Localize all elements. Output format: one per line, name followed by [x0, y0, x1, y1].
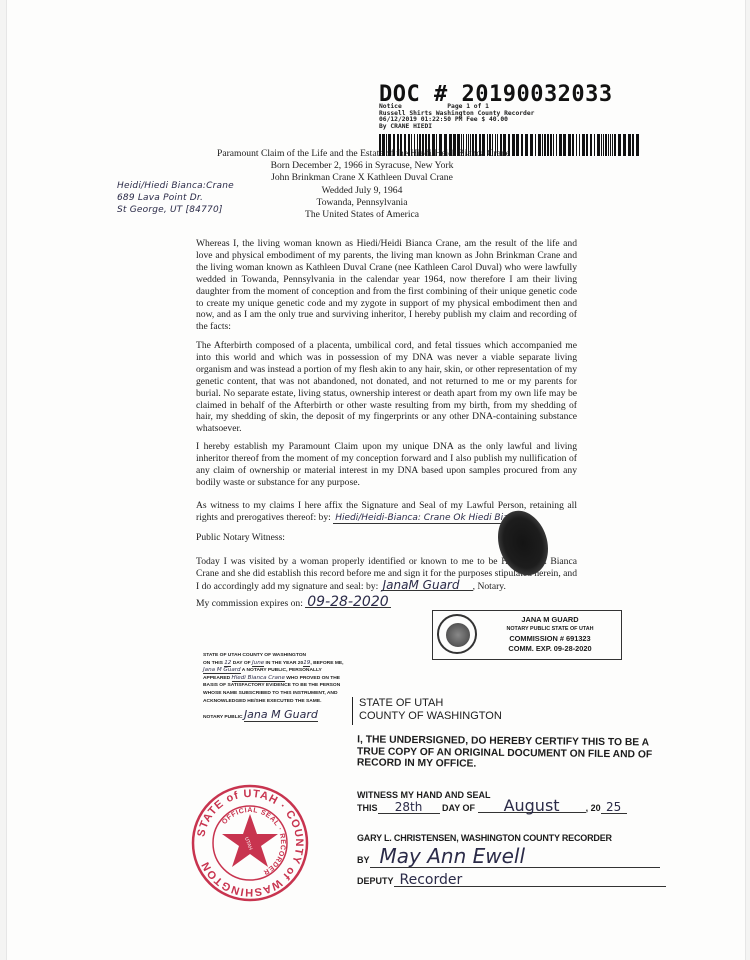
notary-stamp: JANA M GUARD NOTARY PUBLIC STATE OF UTAH… [432, 610, 622, 660]
barcode-bar [610, 134, 611, 156]
paragraph-claim: I hereby establish my Paramount Claim up… [196, 441, 577, 489]
wedding-place-line: Towanda, Pennsylvania [227, 197, 497, 209]
ack-day: 12 [224, 660, 231, 667]
cert-deputy-value: Recorder [394, 874, 666, 887]
cert-deputy-line: DEPUTYRecorder [357, 872, 667, 890]
paragraph-whereas: Whereas I, the living woman known as Hie… [196, 238, 577, 333]
cert-state: STATE OF UTAH [359, 697, 502, 710]
barcode-bar [636, 134, 639, 156]
commission-date: 09-28-2020 [305, 597, 390, 608]
barcode-bar [623, 134, 626, 156]
cert-by-label: BY [357, 855, 370, 865]
title-block: Paramount Claim of the Life and the Esta… [227, 148, 497, 221]
address-street: 689 Lava Point Dr. [117, 192, 234, 204]
barcode-bar [563, 134, 566, 156]
barcode-bar [594, 134, 595, 156]
ack-day-of: DAY OF [233, 661, 251, 666]
ack-month: June [252, 660, 264, 667]
birth-line: Born December 2, 1966 in Syracuse, New Y… [227, 160, 497, 172]
ack-notary-role: A NOTARY PUBLIC, PERSONALLY [242, 668, 322, 673]
ack-appeared: APPEARED [203, 676, 230, 681]
cert-this-label: THIS [357, 803, 378, 813]
recording-stamp-details: Notice Page 1 of 1 Russell Shirts Washin… [379, 104, 534, 130]
recorded-by: By CRANE HIEDI [379, 123, 432, 130]
notary-commission: COMMISSION # 691323 [483, 634, 617, 644]
paragraph-afterbirth: The Afterbirth composed of a placenta, u… [196, 340, 577, 435]
ack-signature-line: NOTARY PUBLIC Jana M Guard [203, 708, 318, 721]
country-line: The United States of America [227, 209, 497, 221]
claimant-signature: Hiedi/Heidi-Bianca: Crane Ok Hiedi Bianc… [333, 513, 527, 524]
cert-jurisdiction: STATE OF UTAH COUNTY OF WASHINGTON [359, 697, 502, 723]
notary-name: JANA M GUARD [483, 615, 617, 625]
bracket-divider [352, 697, 356, 725]
document-page: DOC # 20190032033 Notice Page 1 of 1 Rus… [6, 0, 746, 960]
cert-witness: WITNESS MY HAND AND SEAL [357, 790, 491, 800]
ack-on-this: ON THIS [203, 661, 223, 666]
barcode-bar [603, 134, 604, 156]
barcode-bar [608, 134, 609, 156]
barcode-bar [614, 134, 616, 156]
cert-year-prefix: , 20 [586, 803, 601, 813]
address-city: St George, UT [84770] [117, 204, 234, 216]
barcode-bar [568, 134, 571, 156]
ack-appeared-name: Hiedi Bianca Crane [232, 675, 285, 682]
notary-expiry: COMM. EXP. 09-28-2020 [483, 644, 617, 654]
barcode-bar [590, 134, 592, 156]
barcode-bar [576, 134, 577, 156]
handwritten-address: Heidi/Hiedi Bianca:Crane 689 Lava Point … [117, 180, 234, 216]
barcode-bar [618, 134, 621, 156]
ack-appeared-line: APPEARED Hiedi Bianca Crane WHO PROVED O… [203, 675, 351, 705]
cert-statement: I, THE UNDERSIGNED, DO HEREBY CERTIFY TH… [357, 734, 667, 772]
ack-date-line: ON THIS 12 DAY OF June IN THE YEAR 2019,… [203, 660, 351, 668]
cert-date-line: THIS28th DAY OF August, 2025 [357, 800, 667, 815]
parents-line: John Brinkman Crane X Kathleen Duval Cra… [227, 172, 497, 184]
barcode-bar [605, 134, 607, 156]
barcode-bar [579, 134, 580, 156]
cert-by-line: BYMay Ann Ewell [357, 845, 669, 874]
notary-stamp-text: JANA M GUARD NOTARY PUBLIC STATE OF UTAH… [483, 615, 617, 653]
cert-county: COUNTY OF WASHINGTON [359, 710, 502, 723]
ack-before-me: , BEFORE ME, [310, 661, 343, 666]
cert-month: August [478, 800, 586, 813]
barcode-bar [601, 134, 602, 156]
cert-recorder: GARY L. CHRISTENSEN, WASHINGTON COUNTY R… [357, 833, 612, 843]
county-recorder-seal-icon: STATE of UTAH · COUNTY of WASHINGTON OFF… [191, 784, 309, 902]
notary-signature: JanaM Guard [381, 580, 473, 591]
barcode-bar [597, 134, 600, 156]
acknowledgment-block: STATE OF UTAH COUNTY OF WASHINGTON ON TH… [203, 652, 351, 705]
barcode-bar [572, 134, 574, 156]
notary-title: NOTARY PUBLIC STATE OF UTAH [483, 625, 617, 635]
barcode-bar [582, 134, 585, 156]
commission-expiry: My commission expires on: 09-28-2020 [196, 597, 577, 610]
ack-state-county: STATE OF UTAH COUNTY OF WASHINGTON [203, 652, 351, 660]
barcode-bar [559, 134, 562, 156]
utah-state-seal-icon [437, 614, 477, 654]
barcode-bar [586, 134, 588, 156]
barcode-bar [628, 134, 631, 156]
address-name: Heidi/Hiedi Bianca:Crane [117, 180, 234, 192]
ack-notary-line: Jana M Guard A NOTARY PUBLIC, PERSONALLY [203, 667, 351, 675]
barcode-bar [612, 134, 613, 156]
cert-year: 25 [601, 801, 627, 814]
cert-day-of-label: DAY OF [442, 803, 475, 813]
cert-deputy-label: DEPUTY [357, 876, 394, 886]
document-title: Paramount Claim of the Life and the Esta… [207, 148, 557, 160]
ack-signature: Jana M Guard [244, 708, 318, 722]
ack-notary-name: Jana M Guard [203, 667, 241, 674]
cert-day: 28th [378, 801, 440, 814]
ack-signature-label: NOTARY PUBLIC [203, 715, 243, 720]
wedding-date-line: Wedded July 9, 1964 [227, 185, 497, 197]
cert-by-signature: May Ann Ewell [370, 845, 660, 868]
commission-label: My commission expires on: [196, 598, 303, 609]
ack-in-year: IN THE YEAR 20 [266, 661, 304, 666]
barcode-bar [632, 134, 634, 156]
notary-suffix: , Notary. [473, 581, 506, 592]
